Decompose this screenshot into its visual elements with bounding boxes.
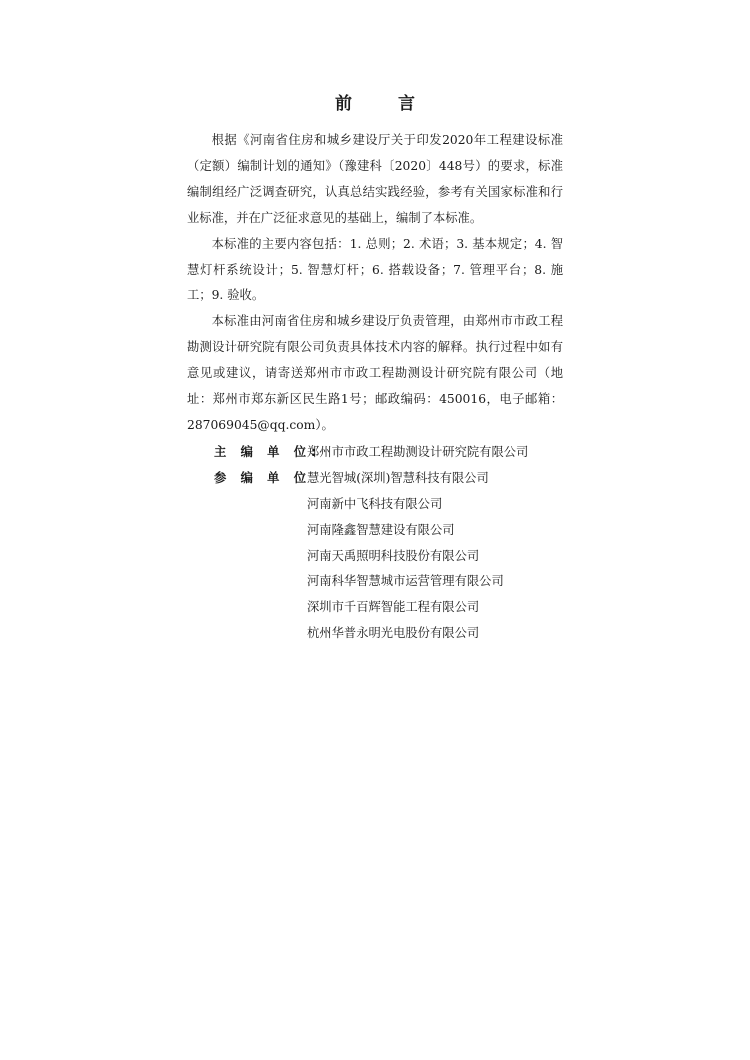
participating-unit: 河南天禹照明科技股份有限公司 [307,544,504,570]
document-page: 前 言 根据《河南省住房和城乡建设厅关于印发2020年工程建设标准（定额）编制计… [0,0,750,1060]
participating-unit: 河南科华智慧城市运营管理有限公司 [307,569,504,595]
chief-editor-unit: 郑州市市政工程勘测设计研究院有限公司 [307,440,528,466]
participating-unit: 慧光智城(深圳)智慧科技有限公司 [307,466,504,492]
preface-body: 根据《河南省住房和城乡建设厅关于印发2020年工程建设标准（定额）编制计划的通知… [187,128,563,439]
chief-editor-label: 主 编 单 位: [214,440,307,466]
participating-editor-row: 参 编 单 位 慧光智城(深圳)智慧科技有限公司 河南新中飞科技有限公司 河南隆… [214,466,528,647]
participating-editor-list: 慧光智城(深圳)智慧科技有限公司 河南新中飞科技有限公司 河南隆鑫智慧建设有限公… [307,466,504,647]
participating-editor-label: 参 编 单 位 [214,466,307,647]
chief-editor-row: 主 编 单 位: 郑州市市政工程勘测设计研究院有限公司 [214,440,528,466]
participating-unit: 河南隆鑫智慧建设有限公司 [307,518,504,544]
participating-unit: 杭州华普永明光电股份有限公司 [307,621,504,647]
chief-editor-list: 郑州市市政工程勘测设计研究院有限公司 [307,440,528,466]
paragraph-management: 本标准由河南省住房和城乡建设厅负责管理，由郑州市市政工程勘测设计研究院有限公司负… [187,309,563,439]
paragraph-contents: 本标准的主要内容包括：1. 总则；2. 术语；3. 基本规定；4. 智慧灯杆系统… [187,232,563,310]
paragraph-background: 根据《河南省住房和城乡建设厅关于印发2020年工程建设标准（定额）编制计划的通知… [187,128,563,232]
editing-units: 主 编 单 位: 郑州市市政工程勘测设计研究院有限公司 参 编 单 位 慧光智城… [214,440,528,647]
participating-unit: 河南新中飞科技有限公司 [307,492,504,518]
participating-unit: 深圳市千百辉智能工程有限公司 [307,595,504,621]
page-title: 前 言 [0,92,750,116]
